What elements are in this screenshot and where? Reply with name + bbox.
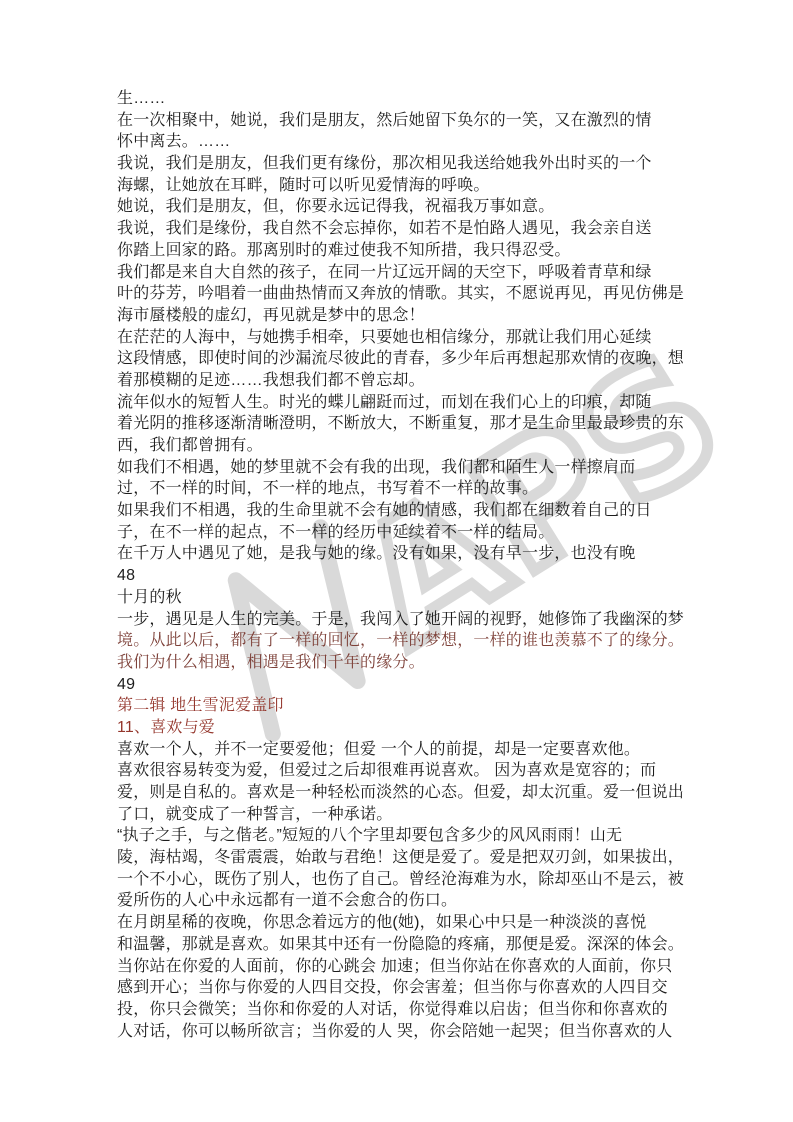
- text-line: 喜欢很容易转变为爱，但爱过之后却很难再说喜欢。 因为喜欢是宽容的；而: [117, 760, 692, 782]
- text-line: 叶的芬芳，吟唱着一曲曲热情而又奔放的情歌。其实，不愿说再见，再见仿佛是: [117, 283, 692, 305]
- text-line: 你踏上回家的路。那离别时的难过使我不知所措，我只得忍受。: [117, 240, 692, 262]
- text-line: 11、喜欢与爱: [117, 717, 692, 739]
- text-line: 第二辑 地生雪泥爱盖印: [117, 695, 692, 717]
- text-line: 她说，我们是朋友，但，你要永远记得我，祝福我万事如意。: [117, 196, 692, 218]
- text-line: 在一次相聚中，她说，我们是朋友，然后她留下奂尔的一笑，又在激烈的情: [117, 110, 692, 132]
- text-line: 投，你只会微笑；当你和你爱的人对话，你觉得难以启齿；但当你和你喜欢的: [117, 999, 692, 1021]
- text-line: 喜欢一个人，并不一定要爱他；但爱 一个人的前提，却是一定要喜欢他。: [117, 739, 692, 761]
- text-line: 陵，海枯竭，冬雷震震，始敢与君绝！这便是爱了。爱是把双刃剑，如果拔出，: [117, 847, 692, 869]
- text-line: 我说，我们是缘份，我自然不会忘掉你，如若不是怕路人遇见，我会亲自送: [117, 218, 692, 240]
- text-line: 一步，遇见是人生的完美。于是，我闯入了她开阔的视野，她修饰了我幽深的梦: [117, 609, 692, 631]
- text-line: 49: [117, 674, 692, 696]
- text-line: 如果我们不相遇，我的生命里就不会有她的情感，我们都在细数着自己的日: [117, 500, 692, 522]
- text-line: 在月朗星稀的夜晚，你思念着远方的他(她)，如果心中只是一种淡淡的喜悦: [117, 912, 692, 934]
- text-line: 西，我们都曾拥有。: [117, 435, 692, 457]
- text-line: 爱所伤的人心中永远都有一道不会愈合的伤口。: [117, 890, 692, 912]
- text-block: 生……在一次相聚中，她说，我们是朋友，然后她留下奂尔的一笑，又在激烈的情怀中离去…: [117, 88, 692, 1042]
- text-line: 流年似水的短暂人生。时光的蝶儿翩跹而过，而划在我们心上的印痕，却随: [117, 392, 692, 414]
- text-line: 48: [117, 565, 692, 587]
- text-line: 境。从此以后，都有了一样的回忆，一样的梦想，一样的谁也羡慕不了的缘分。: [117, 630, 692, 652]
- text-line: 着那模糊的足迹……我想我们都不曾忘却。: [117, 370, 692, 392]
- text-line: 十月的秋: [117, 587, 692, 609]
- text-line: 了口，就变成了一种誓言，一种承诺。: [117, 804, 692, 826]
- text-line: 这段情感，即使时间的沙漏流尽彼此的青春，多少年后再想起那欢情的夜晚，想: [117, 348, 692, 370]
- text-line: 子，在不一样的起点，不一样的经历中延续着不一样的结局。: [117, 522, 692, 544]
- text-line: 怀中离去。……: [117, 131, 692, 153]
- text-line: 我说，我们是朋友，但我们更有缘份，那次相见我送给她我外出时买的一个: [117, 153, 692, 175]
- text-line: 和温馨，那就是喜欢。如果其中还有一份隐隐的疼痛，那便是爱。深深的体会。: [117, 934, 692, 956]
- text-line: 生……: [117, 88, 692, 110]
- text-line: 爱，则是自私的。喜欢是一种轻松而淡然的心态。但爱，却太沉重。爱一但说出: [117, 782, 692, 804]
- text-line: 一个不小心，既伤了别人，也伤了自己。曾经沧海难为水，除却巫山不是云，被: [117, 869, 692, 891]
- text-line: 在茫茫的人海中，与她携手相牵，只要她也相信缘分，那就让我们用心延续: [117, 327, 692, 349]
- text-line: 当你站在你爱的人面前，你的心跳会 加速；但当你站在你喜欢的人面前，你只: [117, 956, 692, 978]
- text-line: 感到开心；当你与你爱的人四目交投，你会害羞；但当你与你喜欢的人四目交: [117, 977, 692, 999]
- text-line: 我们为什么相遇，相遇是我们千年的缘分。: [117, 652, 692, 674]
- text-line: “执子之手，与之偕老。”短短的八个字里却要包含多少的风风雨雨！山无: [117, 825, 692, 847]
- text-line: 在千万人中遇见了她，是我与她的缘。没有如果，没有早一步，也没有晚: [117, 543, 692, 565]
- text-line: 如我们不相遇，她的梦里就不会有我的出现，我们都和陌生人一样擦肩而: [117, 457, 692, 479]
- text-line: 着光阴的推移逐渐清晰澄明，不断放大，不断重复，那才是生命里最最珍贵的东: [117, 413, 692, 435]
- text-line: 人对话，你可以畅所欲言；当你爱的人 哭，你会陪她一起哭；但当你喜欢的人: [117, 1021, 692, 1043]
- text-line: 海市蜃楼般的虚幻，再见就是梦中的思念！: [117, 305, 692, 327]
- text-line: 我们都是来自大自然的孩子，在同一片辽远开阔的天空下，呼吸着青草和绿: [117, 262, 692, 284]
- text-line: 海螺，让她放在耳畔，随时可以听见爱情海的呼唤。: [117, 175, 692, 197]
- text-line: 过，不一样的时间，不一样的地点，书写着不一样的故事。: [117, 478, 692, 500]
- document-page: APS 生……在一次相聚中，她说，我们是朋友，然后她留下奂尔的一笑，又在激烈的情…: [0, 0, 793, 1122]
